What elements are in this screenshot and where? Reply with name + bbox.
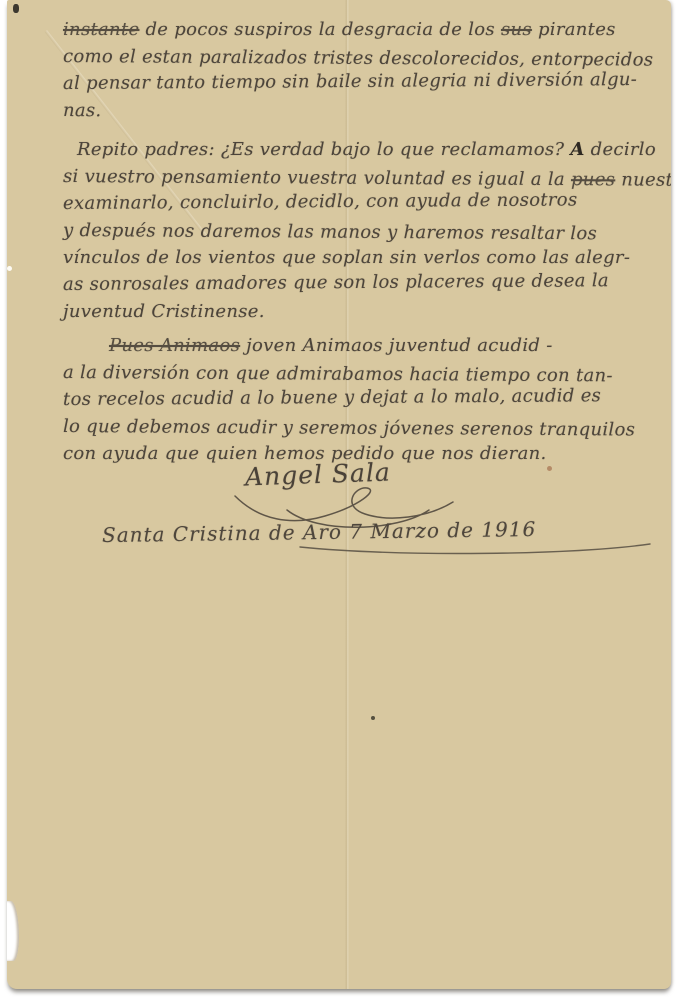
handwritten-text: tos recelos acudid a lo buene y dejat a … <box>63 385 601 410</box>
manuscript-line: examinarlo, concluirlo, decidlo, con ayu… <box>63 186 663 217</box>
manuscript: instante de pocos suspiros la desgracia … <box>63 16 663 479</box>
handwritten-text: decirlo <box>585 139 656 160</box>
handwritten-text: al pensar tanto tiempo sin baile sin ale… <box>63 69 637 94</box>
ink-blot-text: A <box>570 139 584 160</box>
struck-text: Pues Animaos <box>109 335 240 356</box>
handwritten-text: Repito padres: ¿Es verdad bajo lo que re… <box>77 139 570 160</box>
handwritten-text: nas. <box>63 100 102 121</box>
manuscript-line: al pensar tanto tiempo sin baile sin ale… <box>63 66 663 97</box>
paragraph: Pues Animaos joven Animaos juventud acud… <box>63 332 663 467</box>
ink-speck <box>13 4 19 13</box>
handwritten-text: y después nos daremos las manos y haremo… <box>63 220 597 244</box>
manuscript-line: tos recelos acudid a lo buene y dejat a … <box>63 382 663 413</box>
manuscript-line: Repito padres: ¿Es verdad bajo lo que re… <box>77 136 663 163</box>
manuscript-line: lo que debemos acudir y seremos jóvenes … <box>63 413 663 444</box>
rust-speck <box>547 466 552 471</box>
manuscript-line: y después nos daremos las manos y haremo… <box>63 217 663 248</box>
struck-text: instante <box>63 19 139 40</box>
handwritten-text: pirantes <box>532 19 616 40</box>
paper-sheet: instante de pocos suspiros la desgracia … <box>7 0 671 989</box>
white-speck <box>7 266 12 271</box>
manuscript-line: juventud Cristinense. <box>63 298 663 325</box>
paragraph: Repito padres: ¿Es verdad bajo lo que re… <box>63 136 663 325</box>
scanned-page: instante de pocos suspiros la desgracia … <box>0 0 683 1000</box>
handwritten-text: joven Animaos juventud acudid - <box>240 335 553 356</box>
handwritten-text: vínculos de los vientos que soplan sin v… <box>63 247 630 268</box>
struck-text: sus <box>501 19 532 40</box>
handwritten-text: juventud Cristinense. <box>63 301 265 322</box>
manuscript-line: Pues Animaos joven Animaos juventud acud… <box>109 332 663 359</box>
paragraph: instante de pocos suspiros la desgracia … <box>63 16 663 124</box>
handwritten-text: lo que debemos acudir y seremos jóvenes … <box>63 416 635 440</box>
manuscript-line: as sonrosales amadores que son los place… <box>63 267 663 298</box>
manuscript-line: instante de pocos suspiros la desgracia … <box>63 16 663 43</box>
date-underline <box>102 540 662 562</box>
handwritten-text: de pocos suspiros la desgracia de los <box>139 19 501 40</box>
manuscript-line: nas. <box>63 97 663 128</box>
handwritten-text: as sonrosales amadores que son los place… <box>63 270 609 295</box>
ink-speck <box>371 716 375 720</box>
corner-curl <box>7 901 19 961</box>
handwritten-text: examinarlo, concluirlo, decidlo, con ayu… <box>63 189 578 214</box>
